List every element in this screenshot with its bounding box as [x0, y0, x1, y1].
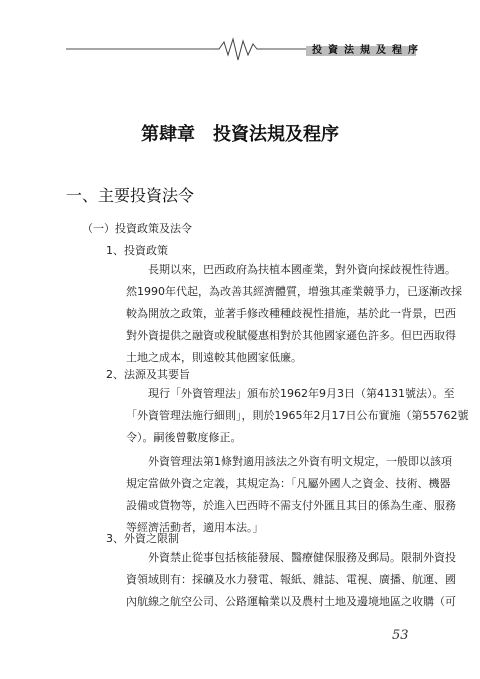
- text-line: 外資管理法第1條對適用該法之外資有明文規定，一般即以該項: [126, 451, 414, 473]
- paragraph: 外資禁止從事包括核能發展、醫療健保服務及郵局。限制外資投 資領域則有：採礦及水力…: [126, 547, 414, 613]
- running-header: 投資法規及程序: [66, 36, 418, 66]
- text-line: 「外資管理法施行細則」，則於1965年2月17日公布實施（第55762號: [126, 405, 414, 427]
- text-line: 長期以來，巴西政府為扶植本國產業，對外資向採歧視性待遇。: [126, 259, 414, 281]
- paragraph: 外資管理法第1條對適用該法之外資有明文規定，一般即以該項 規定當做外資之定義，其…: [126, 451, 414, 539]
- text-line: 內航線之航空公司、公路運輸業以及農村土地及邊境地區之收購（可: [126, 591, 414, 613]
- section-heading-1: 一、主要投資法令: [66, 183, 194, 206]
- item-heading-foreign-capital-restrictions: 3、外資之限制: [106, 530, 179, 546]
- paragraph: 長期以來，巴西政府為扶植本國產業，對外資向採歧視性待遇。 然1990年代起，為改…: [126, 259, 414, 369]
- item-heading-investment-policy: 1、投資政策: [106, 242, 168, 258]
- text-line: 資領域則有：採礦及水力發電、報紙、雜誌、電視、廣播、航運、國: [126, 569, 414, 591]
- item-heading-legal-source: 2、法源及其要旨: [106, 366, 190, 382]
- document-page: 投資法規及程序 第肆章 投資法規及程序 一、主要投資法令 （一）投資政策及法令 …: [0, 0, 480, 679]
- paragraph: 現行「外資管理法」頒布於1962年9月3日（第4131號法）。至 「外資管理法施…: [126, 383, 414, 449]
- text-line: 較為開放之政策，並著手修改種種歧視性措施，基於此一背景，巴西: [126, 303, 414, 325]
- text-line: 現行「外資管理法」頒布於1962年9月3日（第4131號法）。至: [126, 383, 414, 405]
- text-line: 對外資提供之融資或稅賦優惠相對於其他國家遜色許多。但巴西取得: [126, 325, 414, 347]
- text-line: 然1990年代起，為改善其經濟體質，增強其產業競爭力，已逐漸改採: [126, 281, 414, 303]
- text-line: 令）。嗣後曾數度修正。: [126, 427, 414, 449]
- text-line: 規定當做外資之定義，其規定為：「凡屬外國人之資金、技術、機器: [126, 473, 414, 495]
- chapter-title: 第肆章 投資法規及程序: [0, 120, 480, 146]
- page-number: 53: [392, 628, 409, 643]
- text-line: 設備或貨物等，於進入巴西時不需支付外匯且其目的係為生產、服務: [126, 495, 414, 517]
- text-line: 外資禁止從事包括核能發展、醫療健保服務及郵局。限制外資投: [126, 547, 414, 569]
- running-title: 投資法規及程序: [312, 44, 424, 58]
- section-heading-2: （一）投資政策及法令: [82, 220, 192, 236]
